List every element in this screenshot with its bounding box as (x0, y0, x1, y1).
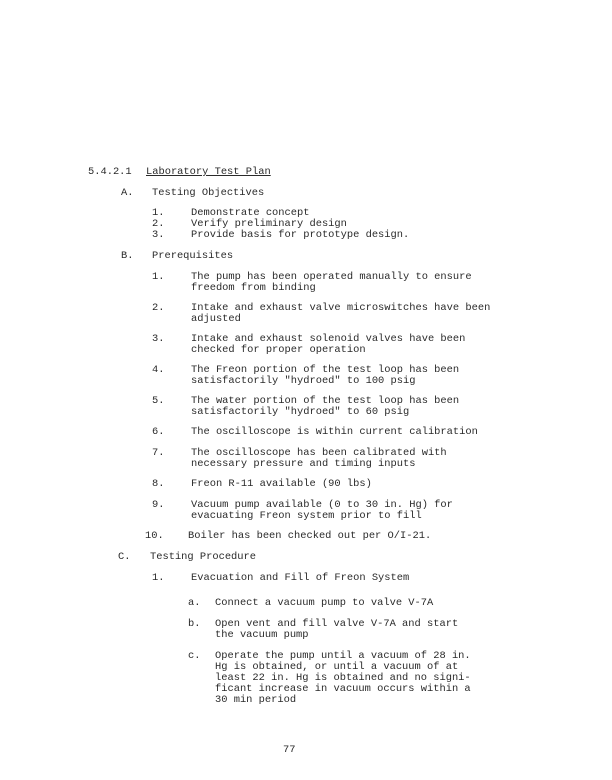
subsection-title-prerequisites: Prerequisites (152, 251, 233, 262)
list-number: 1. (152, 573, 164, 584)
sub-item-letter: b. (188, 619, 200, 630)
list-item: Vacuum pump available (0 to 30 in. Hg) f… (191, 500, 453, 522)
list-number: 1. (152, 272, 164, 283)
list-number: 3. (152, 334, 164, 345)
list-number: 5. (152, 396, 164, 407)
list-item: Intake and exhaust solenoid valves have … (191, 334, 465, 356)
list-item: The oscilloscope has been calibrated wit… (191, 448, 447, 470)
list-item: Boiler has been checked out per O/I-21. (188, 531, 431, 542)
section-title: Laboratory Test Plan (146, 167, 271, 178)
list-item: The oscilloscope is within current calib… (191, 427, 478, 438)
list-item: Provide basis for prototype design. (191, 230, 409, 241)
list-item: Intake and exhaust valve microswitches h… (191, 303, 490, 325)
list-item: The Freon portion of the test loop has b… (191, 365, 459, 387)
subsection-title-procedure: Testing Procedure (150, 552, 256, 563)
page-number: 77 (283, 745, 295, 756)
list-number: 2. (152, 303, 164, 314)
sub-item-letter: c. (188, 651, 200, 662)
subsection-letter-c: C. (118, 552, 130, 563)
list-item: The pump has been operated manually to e… (191, 272, 472, 294)
list-number: 9. (152, 500, 164, 511)
list-number: 6. (152, 427, 164, 438)
sub-item: Operate the pump until a vacuum of 28 in… (215, 651, 471, 706)
sub-item-letter: a. (188, 598, 200, 609)
subsection-letter-a: A. (121, 188, 133, 199)
list-item: Freon R-11 available (90 lbs) (191, 479, 372, 490)
list-number: 8. (152, 479, 164, 490)
list-number: 3. (152, 230, 164, 241)
sub-item: Connect a vacuum pump to valve V-7A (215, 598, 433, 609)
list-number: 10. (145, 531, 164, 542)
sub-item: Open vent and fill valve V-7A and start … (215, 619, 458, 641)
section-number: 5.4.2.1 (88, 167, 132, 178)
list-item: The water portion of the test loop has b… (191, 396, 459, 418)
list-number: 4. (152, 365, 164, 376)
subsection-title-objectives: Testing Objectives (152, 188, 264, 199)
subsection-letter-b: B. (121, 251, 133, 262)
list-number: 7. (152, 448, 164, 459)
list-item: Evacuation and Fill of Freon System (191, 573, 409, 584)
